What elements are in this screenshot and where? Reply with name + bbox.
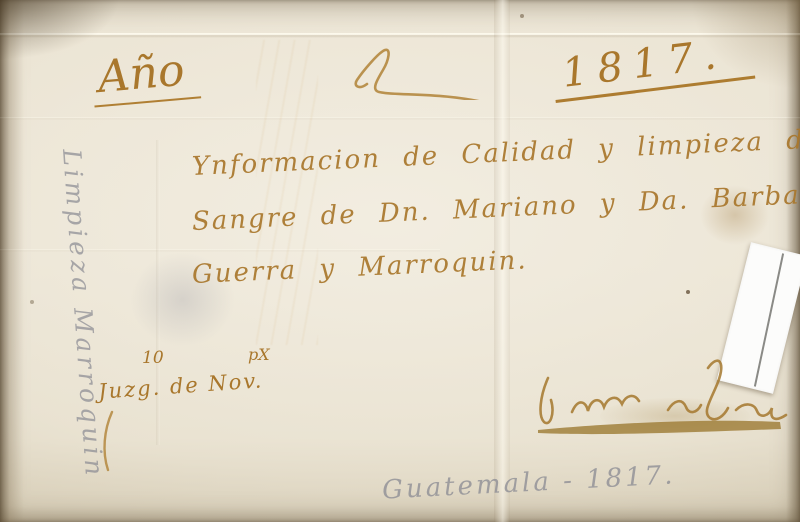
signature-rubric [532, 352, 788, 444]
fold-crease-upper [0, 117, 800, 120]
paper-speck [30, 300, 34, 304]
ink-bleedthrough [256, 40, 318, 345]
paper-edge-left [0, 0, 24, 522]
bottom-pencil-caption: Guatemala - 1817. [381, 460, 676, 505]
paper-speck [520, 14, 524, 18]
docket-number: 10 [142, 348, 164, 368]
year-value: 1817. [550, 28, 755, 103]
scanned-letter: Año 1817. Ynformacion de Calidad y limpi… [0, 0, 800, 522]
paper-speck [686, 290, 690, 294]
year-label: Año [90, 43, 201, 107]
paraph-mark [345, 40, 495, 100]
docket-line: Juzg. de Nov. [97, 368, 264, 403]
ink-stroke [96, 408, 122, 474]
docket-mark: pX [248, 345, 270, 364]
body-line-3: Guerra y Marroquin. [191, 245, 528, 290]
